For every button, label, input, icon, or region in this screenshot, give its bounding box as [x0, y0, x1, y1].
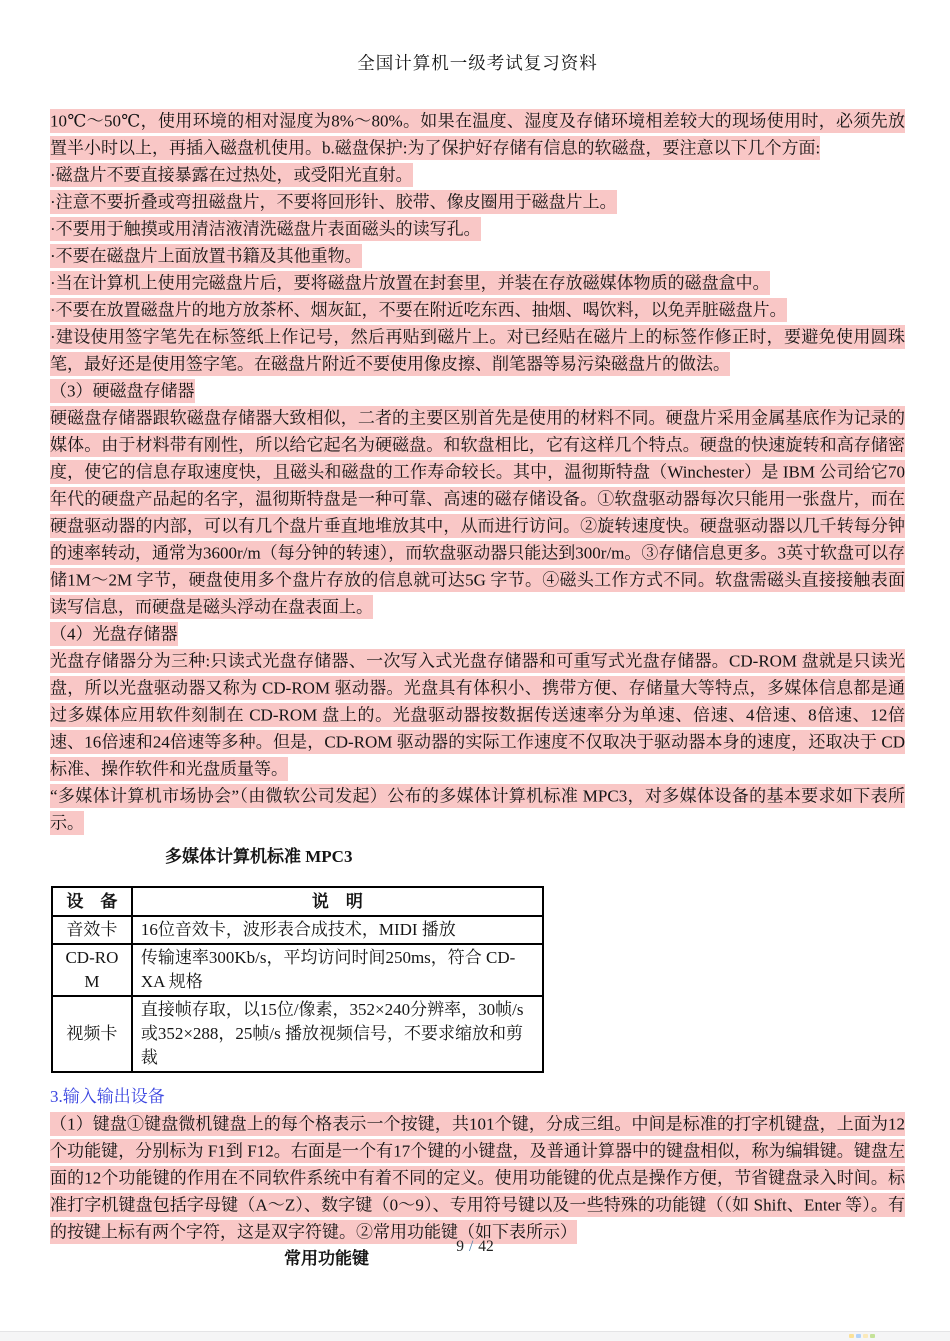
highlighted-text: 10℃～50℃，使用环境的相对湿度为8%～80%。如果在温度、湿度及存储环境相差…	[50, 109, 905, 160]
mpc3-table: 设 备 说 明 音效卡 16位音效卡，波形表合成技术，MIDI 播放 CD-RO…	[51, 886, 544, 1073]
page-title: 全国计算机一级考试复习资料	[50, 50, 905, 75]
bullet-line: ·当在计算机上使用完磁盘片后，要将磁盘片放置在封套里，并装在存放磁媒体物质的磁盘…	[50, 269, 905, 296]
bullet-line: ·不要在磁盘片上面放置书籍及其他重物。	[50, 242, 905, 269]
table-header-device: 设 备	[52, 887, 132, 916]
page-number: 9/42	[0, 1238, 950, 1256]
bullet-line: ·磁盘片不要直接暴露在过热处，或受阳光直射。	[50, 161, 905, 188]
cell-device-cdrom: CD-ROM	[52, 944, 132, 996]
cell-device-soundcard: 音效卡	[52, 916, 132, 944]
bullet-line: ·不要用于触摸或用清洁液清洗磁盘片表面磁头的读写孔。	[50, 215, 905, 242]
paragraph-optical: 光盘存储器分为三种:只读式光盘存储器、一次写入式光盘存储器和可重写式光盘存储器。…	[50, 647, 905, 782]
cell-desc-soundcard: 16位音效卡，波形表合成技术，MIDI 播放	[132, 916, 543, 944]
page-content: 全国计算机一级考试复习资料 10℃～50℃，使用环境的相对湿度为8%～80%。如…	[50, 50, 905, 1272]
section-heading-io-devices: 3.输入输出设备	[50, 1083, 905, 1110]
paragraph-mpc: “多媒体计算机市场协会”（由微软公司发起）公布的多媒体计算机标准 MPC3，对多…	[50, 782, 905, 836]
page-number-current: 9	[456, 1238, 464, 1255]
table-row: 视频卡 直接帧存取，以15位/像素，352×240分辨率，30帧/s 或352×…	[52, 996, 543, 1072]
table-header-row: 设 备 说 明	[52, 887, 543, 916]
page-number-separator: /	[464, 1238, 478, 1255]
table-row: 音效卡 16位音效卡，波形表合成技术，MIDI 播放	[52, 916, 543, 944]
paragraph-disk-environment: 10℃～50℃，使用环境的相对湿度为8%～80%。如果在温度、湿度及存储环境相差…	[50, 107, 905, 161]
cell-desc-videocard: 直接帧存取，以15位/像素，352×240分辨率，30帧/s 或352×288，…	[132, 996, 543, 1072]
paragraph-hdd: 硬磁盘存储器跟软磁盘存储器大致相似，二者的主要区别首先是使用的材料不同。硬盘片采…	[50, 404, 905, 620]
document-page: 全国计算机一级考试复习资料 10℃～50℃，使用环境的相对湿度为8%～80%。如…	[0, 0, 950, 1341]
table-row: CD-ROM 传输速率300Kb/s，平均访问时间250ms，符合 CD-XA …	[52, 944, 543, 996]
table-title-mpc3: 多媒体计算机标准 MPC3	[165, 843, 905, 870]
watermark-marks	[849, 1334, 875, 1338]
paragraph-keyboard: （1）键盘①键盘微机键盘上的每个格表示一个按键，共101个键，分成三组。中间是标…	[50, 1110, 905, 1245]
bottom-bar	[0, 1331, 950, 1341]
page-number-total: 42	[478, 1238, 494, 1255]
section-heading-hdd: （3）硬磁盘存储器	[50, 377, 905, 404]
cell-desc-cdrom: 传输速率300Kb/s，平均访问时间250ms，符合 CD-XA 规格	[132, 944, 543, 996]
section-heading-optical: （4）光盘存储器	[50, 620, 905, 647]
bullet-line: ·建设使用签字笔先在标签纸上作记号，然后再贴到磁片上。对已经贴在磁片上的标签作修…	[50, 323, 905, 377]
cell-device-videocard: 视频卡	[52, 996, 132, 1072]
table-header-description: 说 明	[132, 887, 543, 916]
bullet-line: ·不要在放置磁盘片的地方放茶杯、烟灰缸，不要在附近吃东西、抽烟、喝饮料，以免弄脏…	[50, 296, 905, 323]
bullet-line: ·注意不要折叠或弯扭磁盘片，不要将回形针、胶带、像皮圈用于磁盘片上。	[50, 188, 905, 215]
